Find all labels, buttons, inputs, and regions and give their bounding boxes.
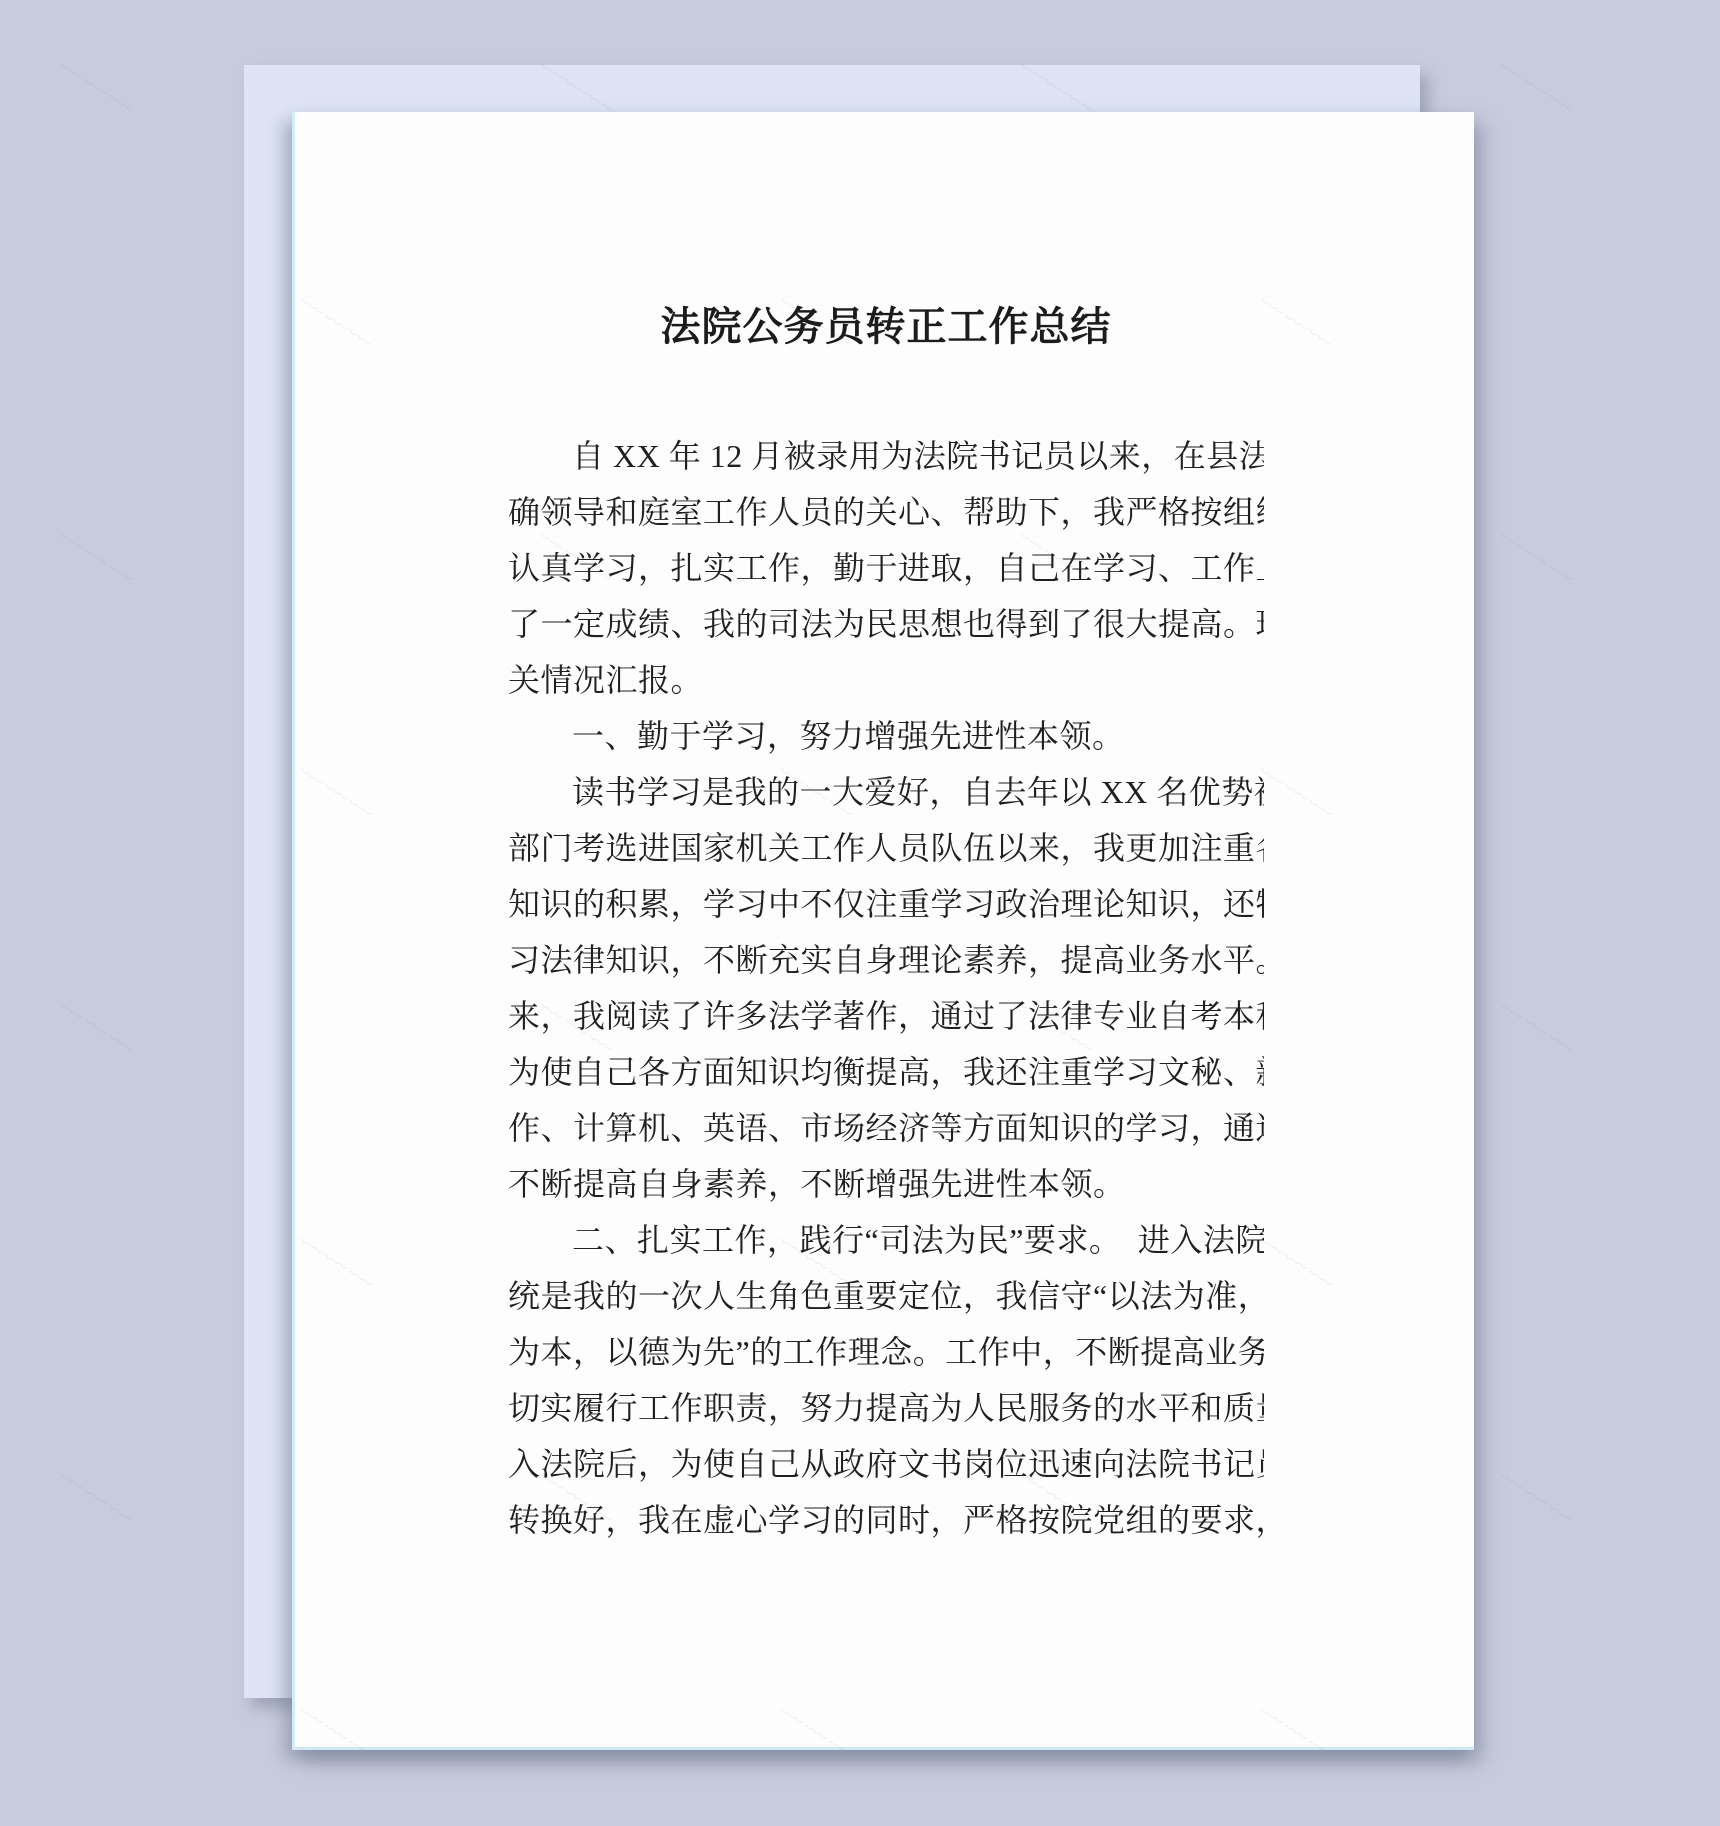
text-line: 部门考选进国家机关工作人员队伍以来，我更加注重各方面 <box>508 820 1264 876</box>
watermark-mark: ﹏﹏﹏ <box>1497 39 1590 117</box>
text-line: 自 XX 年 12 月被录用为法院书记员以来，在县法院的正 <box>508 428 1264 484</box>
text-line: 入法院后，为使自己从政府文书岗位迅速向法院书记员岗位 <box>508 1436 1264 1492</box>
document-title: 法院公务员转正工作总结 <box>508 302 1264 352</box>
page-content: 法院公务员转正工作总结 自 XX 年 12 月被录用为法院书记员以来，在县法院的… <box>508 112 1264 1747</box>
watermark-mark: ﹏﹏﹏ <box>57 39 150 117</box>
text-line: 切实履行工作职责，努力提高为人民服务的水平和质量。考 <box>508 1380 1264 1436</box>
text-line: 不断提高自身素养，不断增强先进性本领。 <box>508 1156 1264 1212</box>
watermark-mark: ﹏﹏﹏ <box>1497 979 1590 1057</box>
watermark-mark: ﹏﹏﹏ <box>57 979 150 1057</box>
text-line: 作、计算机、英语、市场经济等方面知识的学习，通过学习 <box>508 1100 1264 1156</box>
document-body: 自 XX 年 12 月被录用为法院书记员以来，在县法院的正确领导和庭室工作人员的… <box>508 428 1264 1548</box>
text-line: 来，我阅读了许多法学著作，通过了法律专业自考本科考试。 <box>508 988 1264 1044</box>
desktop-background: 法院公务员转正工作总结 自 XX 年 12 月被录用为法院书记员以来，在县法院的… <box>0 0 1720 1826</box>
watermark-mark: ﹏﹏﹏ <box>57 1449 150 1527</box>
text-line: 关情况汇报。 <box>508 652 1264 708</box>
text-line: 知识的积累，学习中不仅注重学习政治理论知识，还特别学 <box>508 876 1264 932</box>
text-line: 转换好，我在虚心学习的同时，严格按院党组的要求，在 XX <box>508 1492 1264 1548</box>
text-line: 读书学习是我的一大爱好，自去年以 XX 名优势被组织 <box>508 764 1264 820</box>
text-line: 了一定成绩、我的司法为民思想也得到了很大提高。现将有 <box>508 596 1264 652</box>
watermark-mark: ﹏﹏﹏ <box>1497 509 1590 587</box>
text-line: 二、扎实工作，践行“司法为民”要求。 进入法院系 <box>508 1212 1264 1268</box>
text-line: 为使自己各方面知识均衡提高，我还注重学习文秘、新闻写 <box>508 1044 1264 1100</box>
text-line: 一、勤于学习，努力增强先进性本领。 <box>508 708 1264 764</box>
text-line: 统是我的一次人生角色重要定位，我信守“以法为准，以人 <box>508 1268 1264 1324</box>
watermark-mark: ﹏﹏﹏ <box>1497 1449 1590 1527</box>
text-line: 为本，以德为先”的工作理念。工作中，不断提高业务技能， <box>508 1324 1264 1380</box>
text-line: 习法律知识，不断充实自身理论素养，提高业务水平。一年 <box>508 932 1264 988</box>
text-line: 确领导和庭室工作人员的关心、帮助下，我严格按组织要求， <box>508 484 1264 540</box>
watermark-mark: ﹏﹏﹏ <box>57 509 150 587</box>
text-line: 认真学习，扎实工作，勤于进取，自己在学习、工作上取得 <box>508 540 1264 596</box>
document-page: 法院公务员转正工作总结 自 XX 年 12 月被录用为法院书记员以来，在县法院的… <box>292 112 1474 1750</box>
